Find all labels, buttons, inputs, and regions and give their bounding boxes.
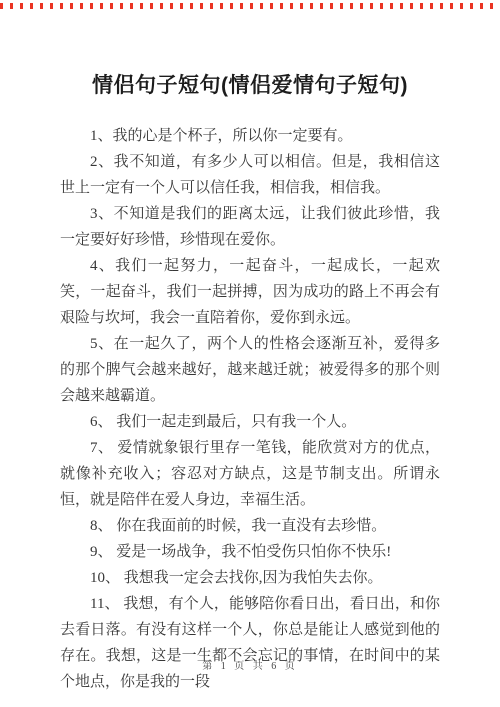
quote-paragraph: 10、 我想我一定会去找你,因为我怕失去你。 bbox=[60, 565, 440, 591]
quote-paragraph: 6、 我们一起走到最后，只有我一个人。 bbox=[60, 409, 440, 435]
quote-paragraph: 5、在一起久了，两个人的性格会逐渐互补，爱得多的那个脾气会越来越好，越来越迁就；… bbox=[60, 331, 440, 409]
document-page: 情侣句子短句(情侣爱情句子短句) 1、我的心是个杯子，所以你一定要有。2、我不知… bbox=[0, 0, 500, 707]
quote-paragraph: 1、我的心是个杯子，所以你一定要有。 bbox=[60, 123, 440, 149]
page-number-indicator: 第 1 页 共 6 页 bbox=[0, 661, 500, 673]
quote-paragraph: 7、 爱情就象银行里存一笔钱，能欣赏对方的优点，就像补充收入；容忍对方缺点，这是… bbox=[60, 435, 440, 513]
quote-list: 1、我的心是个杯子，所以你一定要有。2、我不知道，有多少人可以相信。但是，我相信… bbox=[60, 123, 440, 695]
quote-paragraph: 3、不知道是我们的距离太远，让我们彼此珍惜，我一定要好好珍惜，珍惜现在爱你。 bbox=[60, 201, 440, 253]
quote-paragraph: 8、 你在我面前的时候，我一直没有去珍惜。 bbox=[60, 513, 440, 539]
document-title: 情侣句子短句(情侣爱情句子短句) bbox=[0, 0, 500, 102]
quote-paragraph: 9、 爱是一场战争，我不怕受伤只怕你不快乐! bbox=[60, 539, 440, 565]
top-dashed-edge bbox=[0, 3, 500, 9]
quote-paragraph: 4、我们一起努力，一起奋斗，一起成长，一起欢笑，一起奋斗，我们一起拼搏，因为成功… bbox=[60, 253, 440, 331]
quote-paragraph: 2、我不知道，有多少人可以相信。但是，我相信这世上一定有一个人可以信任我，相信我… bbox=[60, 149, 440, 201]
quote-paragraph: 11、 我想，有个人，能够陪你看日出，看日出，和你去看日落。有没有这样一个人，你… bbox=[60, 591, 440, 695]
